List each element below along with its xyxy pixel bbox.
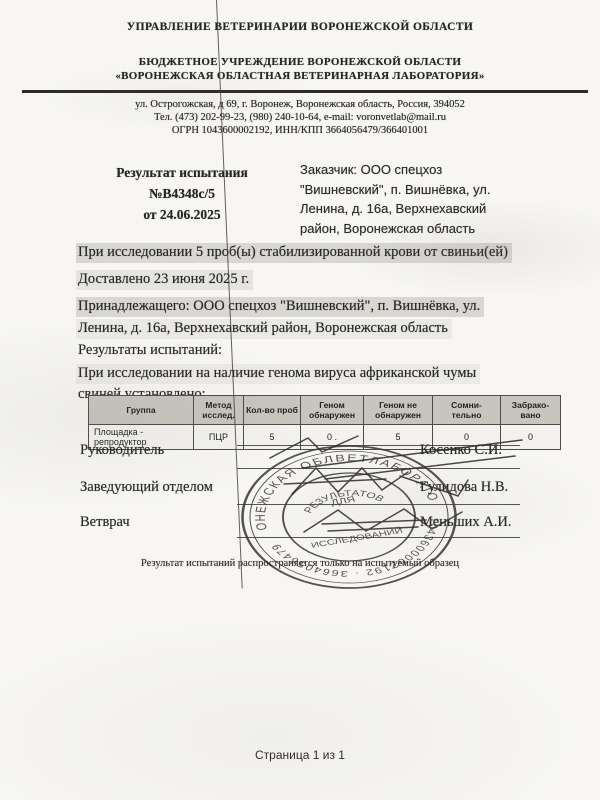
col-header-genome-not-detected: Геном не обнаружен [364, 396, 433, 425]
result-number: №В4348с/5 [92, 183, 272, 204]
customer-line: "Вишневский", п. Вишнёвка, ул. [300, 180, 530, 200]
contacts-line: Тел. (473) 202-99-23, (980) 240-10-64, e… [0, 112, 600, 123]
organization-name-line2: «ВОРОНЕЖСКАЯ ОБЛАСТНАЯ ВЕТЕРИНАРНАЯ ЛАБО… [0, 70, 600, 82]
body-line-owner-2: Ленина, д. 16а, Верхнехавский район, Вор… [76, 319, 551, 339]
col-header-rejected: Забрако- вано [501, 396, 561, 425]
body-line-test-1: При исследовании на наличие генома вирус… [76, 364, 551, 384]
signature-scribble [302, 440, 522, 468]
department-header: УПРАВЛЕНИЕ ВЕТЕРИНАРИИ ВОРОНЕЖСКОЙ ОБЛАС… [0, 21, 600, 33]
address-line: ул. Острогожская, д 69, г. Воронеж, Воро… [0, 99, 600, 110]
footer-disclaimer: Результат испытаний распространяется тол… [0, 558, 600, 569]
signature-scribble [284, 479, 386, 484]
results-table-header-row: Группа Метод исслед. Кол-во проб Геном о… [89, 396, 561, 425]
customer-line: Ленина, д. 16а, Верхнехавский [300, 199, 530, 219]
result-title: Результат испытания [92, 162, 272, 183]
col-header-doubtful: Сомни- тельно [433, 396, 501, 425]
page-number: Страница 1 из 1 [0, 748, 600, 762]
body-line-results-label: Результаты испытаний: [76, 341, 551, 361]
col-header-genome-detected: Геном обнаружен [301, 396, 364, 425]
body-line-owner-1: Принадлежащего: ООО спецхоз "Вишневский"… [76, 297, 551, 317]
scanned-document-page: УПРАВЛЕНИЕ ВЕТЕРИНАРИИ ВОРОНЕЖСКОЙ ОБЛАС… [0, 0, 600, 800]
customer-block: Заказчик: ООО спецхоз "Вишневский", п. В… [300, 160, 530, 238]
body-line-samples: При исследовании 5 проб(ы) стабилизирова… [76, 243, 551, 263]
customer-line: район, Воронежская область [300, 219, 530, 239]
header-divider-rule [22, 90, 588, 93]
signature-scribble [322, 520, 426, 524]
organization-name-line1: БЮДЖЕТНОЕ УЧРЕЖДЕНИЕ ВОРОНЕЖСКОЙ ОБЛАСТИ [0, 56, 600, 68]
result-date: от 24.06.2025 [92, 204, 272, 225]
customer-line: Заказчик: ООО спецхоз [300, 160, 530, 180]
col-header-method: Метод исслед. [194, 396, 244, 425]
result-number-block: Результат испытания №В4348с/5 от 24.06.2… [92, 162, 272, 225]
body-line-delivered: Доставлено 23 июня 2025 г. [76, 270, 551, 290]
registration-line: ОГРН 1043600002192, ИНН/КПП 3664056479/3… [0, 125, 600, 136]
signature-scribble [270, 436, 358, 458]
signature-scribble [400, 476, 468, 496]
col-header-sample-count: Кол-во проб [244, 396, 301, 425]
col-header-group: Группа [89, 396, 194, 425]
handwritten-signatures [70, 432, 540, 597]
